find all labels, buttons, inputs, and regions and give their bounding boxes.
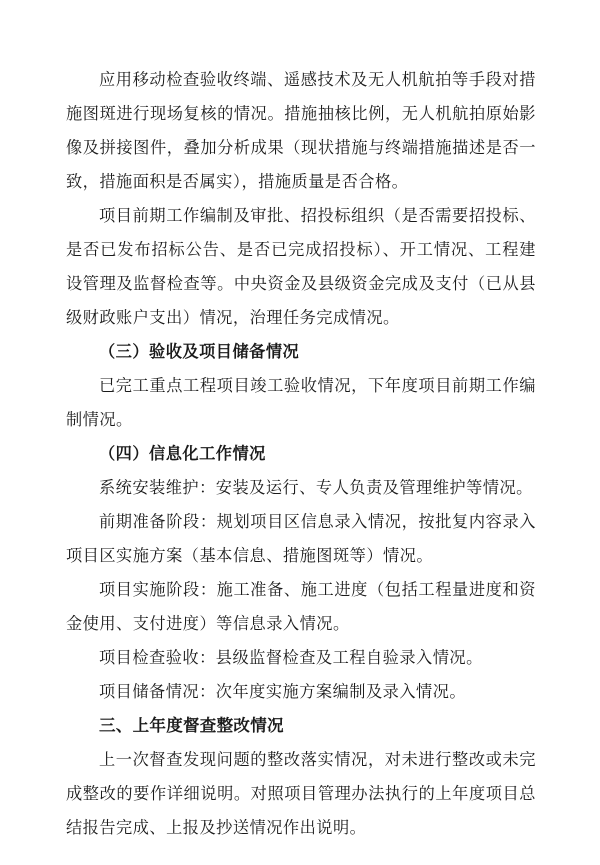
document-page: 应用移动检查验收终端、遥感技术及无人机航拍等手段对措施图斑进行现场复核的情况。措…	[66, 63, 536, 845]
paragraph-system-maintenance: 系统安装维护：安装及运行、专人负责及管理维护等情况。	[66, 471, 536, 505]
paragraph-inspection-acceptance: 项目检查验收：县级监督检查及工程自验录入情况。	[66, 641, 536, 675]
subheading-acceptance-reserve: （三）验收及项目储备情况	[66, 335, 536, 369]
paragraph-field-verification: 应用移动检查验收终端、遥感技术及无人机航拍等手段对措施图斑进行现场复核的情况。措…	[66, 63, 536, 199]
paragraph-acceptance: 已完工重点工程项目竣工验收情况，下年度项目前期工作编制情况。	[66, 369, 536, 437]
paragraph-preparation-stage: 前期准备阶段：规划项目区信息录入情况，按批复内容录入项目区实施方案（基本信息、措…	[66, 505, 536, 573]
subheading-informatization: （四）信息化工作情况	[66, 437, 536, 471]
paragraph-project-reserve: 项目储备情况：次年度实施方案编制及录入情况。	[66, 675, 536, 709]
paragraph-rectification: 上一次督查发现问题的整改落实情况，对未进行整改或未完成整改的要作详细说明。对照项…	[66, 743, 536, 845]
section-heading-rectification: 三、上年度督查整改情况	[66, 709, 536, 743]
paragraph-implementation-stage: 项目实施阶段：施工准备、施工进度（包括工程量进度和资金使用、支付进度）等信息录入…	[66, 573, 536, 641]
paragraph-project-progress: 项目前期工作编制及审批、招投标组织（是否需要招投标、是否已发布招标公告、是否已完…	[66, 199, 536, 335]
